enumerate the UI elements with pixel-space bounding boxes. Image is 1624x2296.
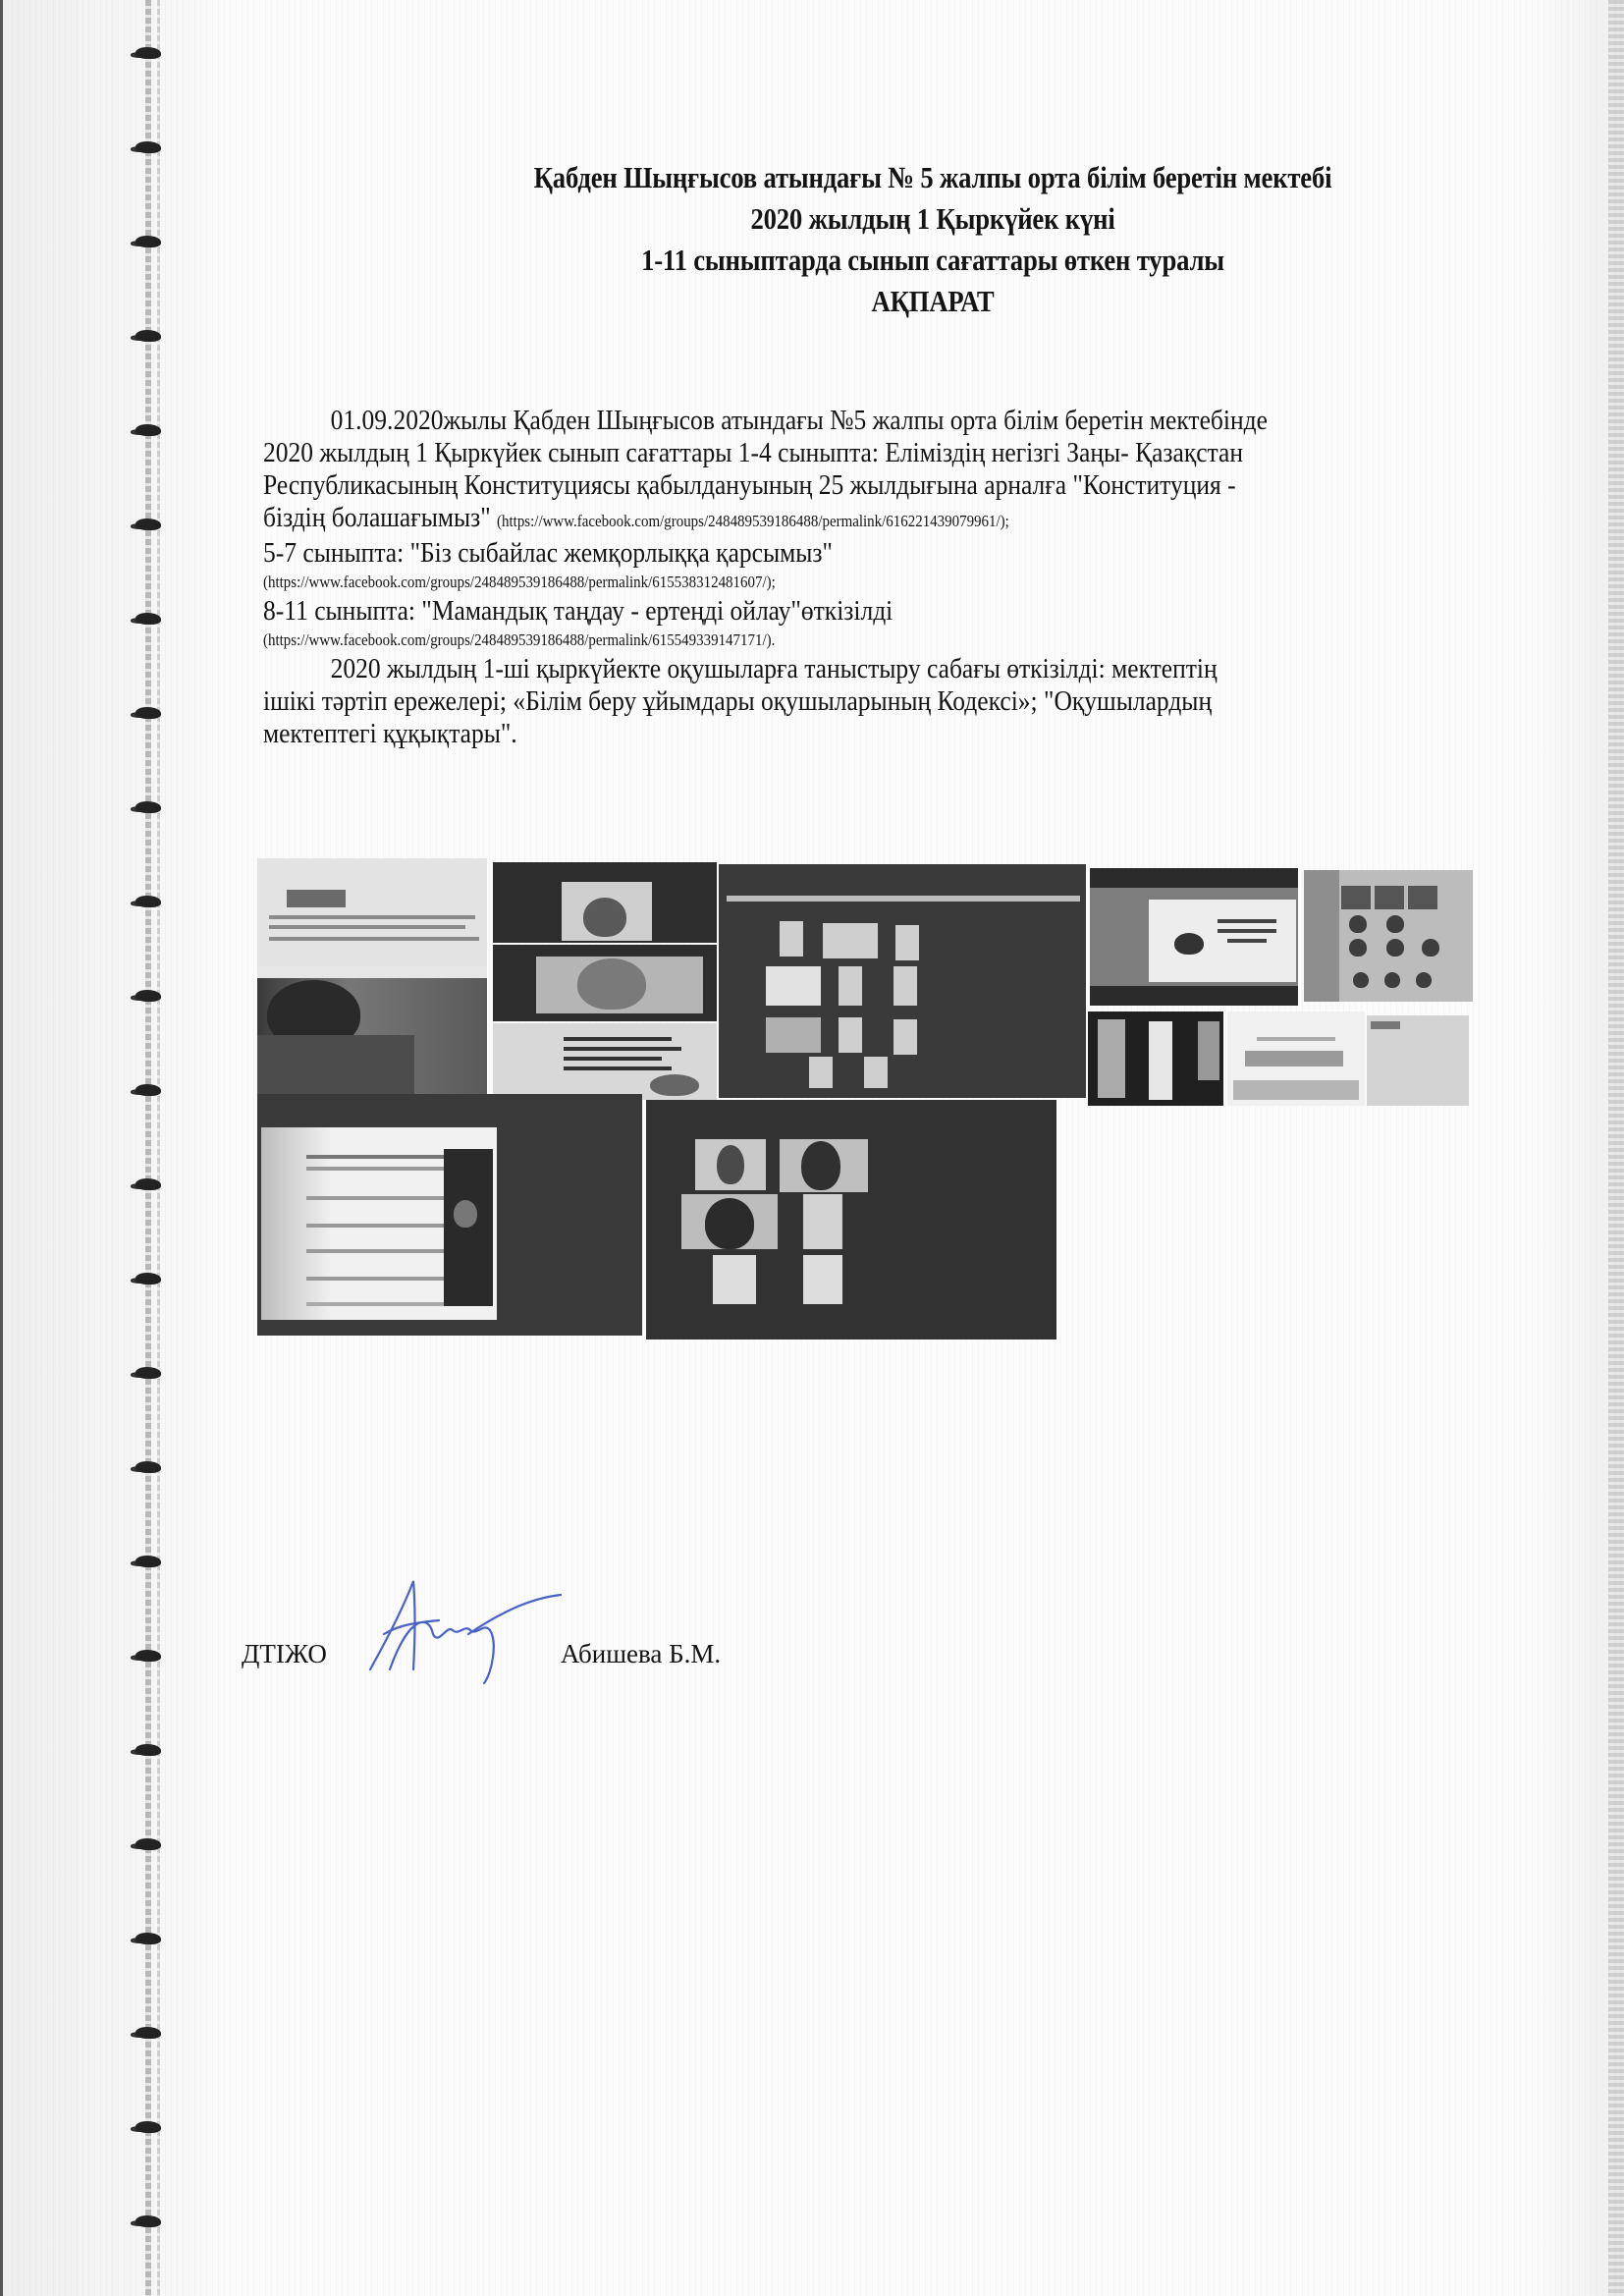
punch-hole-icon: [135, 1744, 161, 1756]
teacher-screen-photo: [257, 858, 487, 1094]
punch-hole-icon: [135, 1178, 161, 1190]
page-edge: [1608, 0, 1624, 2296]
zoom-gallery-bottom: [646, 1100, 1056, 1339]
punch-hole-icon: [135, 990, 161, 1002]
punch-hole-icon: [135, 519, 161, 530]
punch-hole-icon: [135, 613, 161, 625]
text-line: 2020 жылдың 1 Қыркүйек сынып сағаттары 1…: [263, 437, 1585, 469]
punch-hole-icon: [135, 47, 161, 59]
signatory-role: ДТІЖО: [242, 1639, 327, 1669]
punch-hole-icon: [135, 896, 161, 907]
title-line: 1-11 сыныптарда сынып сағаттары өткен ту…: [384, 240, 1482, 281]
title-heading: АҚПАРАТ: [384, 281, 1482, 322]
punch-hole-icon: [135, 1650, 161, 1662]
paragraph-intro: 01.09.2020жылы Қабден Шыңғысов атындағы …: [263, 405, 1585, 537]
paragraph-orientation: 2020 жылдың 1-ші қыркүйекте оқушыларға т…: [263, 653, 1585, 750]
document-screenshot: [1367, 1015, 1469, 1106]
document-body: 01.09.2020жылы Қабден Шыңғысов атындағы …: [263, 405, 1585, 750]
punch-hole-icon: [135, 424, 161, 436]
zoom-student-1: [493, 862, 717, 943]
text-line: 8-11 сыныпта: "Мамандық таңдау - ертеңді…: [263, 595, 1585, 628]
title-line: Қабден Шыңғысов атындағы № 5 жалпы орта …: [384, 157, 1482, 198]
text-line: ішікі тәртіп ережелері; «Білім беру ұйым…: [263, 685, 1585, 718]
zoom-student-2: [493, 945, 717, 1021]
punch-hole-icon: [135, 2215, 161, 2227]
handwritten-signature-icon: [351, 1575, 567, 1693]
facebook-link[interactable]: (https://www.facebook.com/groups/2484895…: [263, 570, 1585, 595]
title-line: 2020 жылдың 1 Қыркүйек күні: [384, 198, 1482, 240]
zoom-gallery-grid: [1304, 870, 1473, 1002]
item-grades-8-11: 8-11 сыныпта: "Мамандық таңдау - ертеңді…: [263, 595, 1585, 653]
punch-hole-icon: [135, 1367, 161, 1379]
slide-quote: [493, 1023, 717, 1100]
binder-streak: [145, 0, 151, 2296]
page-edge: [0, 0, 3, 2296]
text-line: біздің болашағымыз": [263, 502, 491, 533]
text-line: мектептегі құқықтары".: [263, 718, 1585, 750]
punch-hole-icon: [135, 2121, 161, 2133]
signature-block: ДТІЖО Абишева Б.М.: [242, 1614, 721, 1693]
zoom-gallery-small: [1088, 1011, 1223, 1106]
punch-hole-icon: [135, 1556, 161, 1567]
webpage-screenshot: [1227, 1011, 1365, 1106]
text-line: Республикасының Конституциясы қабылдануы…: [263, 469, 1585, 502]
binder-streak: [157, 0, 160, 2296]
punch-hole-icon: [135, 236, 161, 247]
punch-hole-icon: [135, 330, 161, 342]
punch-hole-icon: [135, 707, 161, 719]
punch-hole-icon: [135, 1933, 161, 1944]
signatory-name: Абишева Б.М.: [561, 1639, 721, 1669]
punch-hole-icon: [135, 1461, 161, 1473]
punch-hole-icon: [135, 2027, 161, 2039]
zoom-gallery-large: [719, 864, 1086, 1098]
first-september-bell-slide: [1090, 868, 1298, 1006]
punch-hole-icon: [135, 1838, 161, 1850]
text-line: 2020 жылдың 1-ші қыркүйекте оқушыларға т…: [263, 653, 1585, 685]
text-line: 5-7 сыныпта: "Біз сыбайлас жемқорлыққа қ…: [263, 537, 1585, 570]
punch-hole-icon: [135, 801, 161, 813]
rules-slide-with-video: [257, 1094, 642, 1336]
punch-hole-icon: [135, 141, 161, 153]
punch-hole-icon: [135, 1273, 161, 1285]
text-line: 01.09.2020жылы Қабден Шыңғысов атындағы …: [263, 405, 1585, 437]
facebook-link[interactable]: (https://www.facebook.com/groups/2484895…: [263, 628, 1585, 653]
item-grades-5-7: 5-7 сыныпта: "Біз сыбайлас жемқорлыққа қ…: [263, 537, 1585, 595]
punch-hole-icon: [135, 1084, 161, 1096]
document-title: Қабден Шыңғысов атындағы № 5 жалпы орта …: [384, 157, 1482, 322]
facebook-link[interactable]: (https://www.facebook.com/groups/2484895…: [497, 512, 1009, 530]
